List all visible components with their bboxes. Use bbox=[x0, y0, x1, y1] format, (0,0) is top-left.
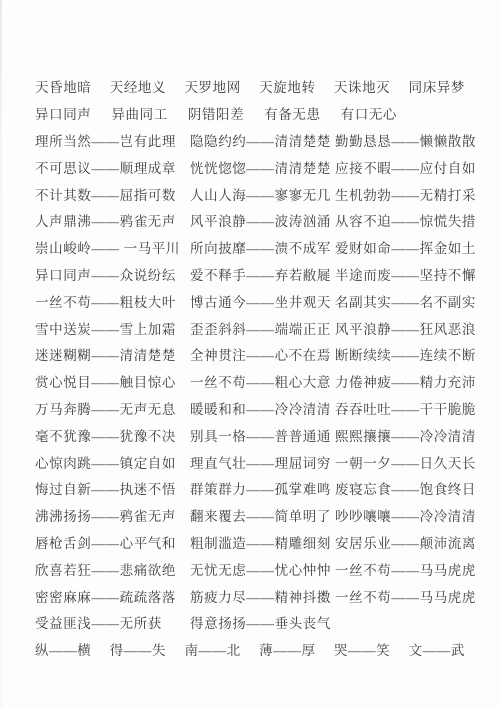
antonym-pair: 唇枪舌剑——心平气和 bbox=[35, 532, 190, 552]
antonym-pair: 吵吵嚷嚷——冷冷清清 bbox=[335, 505, 476, 525]
antonym-pair: 翻来覆去——简单明了 bbox=[190, 505, 335, 525]
idiom: 天经地义 bbox=[110, 76, 166, 96]
idiom-row-1: 天昏地暗 天经地义 天罗地网 天旋地转 天诛地灭 同床异梦 bbox=[35, 73, 465, 100]
antonym-pair: 不可思议——顺理成章 bbox=[35, 157, 190, 177]
antonym-pair: 一朝一夕——日久天长 bbox=[335, 452, 476, 472]
antonym-pair: 全神贯注——心不在焉 bbox=[190, 344, 335, 364]
antonym-pair: 熙熙攘攘——冷冷清清 bbox=[335, 425, 476, 445]
antonym-row: 沸沸扬扬——鸦雀无声 翻来覆去——简单明了 吵吵嚷嚷——冷冷清清 bbox=[35, 502, 465, 529]
antonym-pair: 半途而废——坚持不懈 bbox=[335, 264, 476, 284]
idiom: 异曲同工 bbox=[111, 103, 167, 123]
antonym-pair: 群策群力——孤掌难鸣 bbox=[190, 478, 335, 498]
antonym-pair: 安居乐业——颠沛流离 bbox=[335, 532, 476, 552]
antonym-pair: 吞吞吐吐——干干脆脆 bbox=[335, 398, 476, 418]
antonym-row: 受益匪浅——无所获 得意扬扬——垂头丧气 bbox=[35, 609, 465, 636]
antonym-pair: 理直气壮——理屈词穷 bbox=[190, 452, 335, 472]
idiom: 有口无心 bbox=[341, 103, 397, 123]
char-pair: 南——北 bbox=[184, 639, 240, 659]
antonym-row: 心惊肉跳——镇定自如 理直气壮——理屈词穷 一朝一夕——日久天长 bbox=[35, 448, 465, 475]
antonym-pair: 歪歪斜斜——端端正正 bbox=[190, 318, 335, 338]
antonym-row: 不可思议——顺理成章 恍恍惚惚——清清楚楚 应接不暇——应付自如 bbox=[35, 153, 465, 180]
antonym-row: 崇山峻岭—— 一马平川 所向披靡——溃不成军 爱财如命——挥金如土 bbox=[35, 234, 465, 261]
antonym-row: 密密麻麻——疏疏落落 筋疲力尽——精神抖擞 一丝不苟——马马虎虎 bbox=[35, 582, 465, 609]
antonym-pair: 人山人海——寥寥无几 bbox=[190, 184, 335, 204]
antonym-row: 理所当然——岂有此理 隐隐约约——清清楚楚 勤勤恳恳——懒懒散散 bbox=[35, 127, 465, 154]
antonym-pair: 悔过自新——执迷不悟 bbox=[35, 478, 190, 498]
antonym-row: 迷迷糊糊——清清楚楚 全神贯注——心不在焉 断断续续——连续不断 bbox=[35, 341, 465, 368]
antonym-pair: 欣喜若狂——悲痛欲绝 bbox=[35, 559, 190, 579]
antonym-row: 一丝不苟——粗枝大叶 博古通今——坐井观天 名副其实——名不副实 bbox=[35, 287, 465, 314]
antonym-row: 唇枪舌剑——心平气和 粗制滥造——精雕细刻 安居乐业——颠沛流离 bbox=[35, 529, 465, 556]
antonym-pair: 风平浪静——波涛汹涌 bbox=[190, 210, 335, 230]
char-pair: 纵——横 bbox=[35, 639, 91, 659]
scan-edge-artifact bbox=[0, 0, 2, 707]
antonym-pair: 应接不暇——应付自如 bbox=[335, 157, 476, 177]
antonym-pair: 心惊肉跳——镇定自如 bbox=[35, 452, 190, 472]
antonym-pair: 博古通今——坐井观天 bbox=[190, 291, 335, 311]
idiom: 异口同声 bbox=[35, 103, 91, 123]
antonym-pair: 密密麻麻——疏疏落落 bbox=[35, 586, 190, 606]
antonym-row: 不计其数——屈指可数 人山人海——寥寥无几 生机勃勃——无精打采 bbox=[35, 180, 465, 207]
idiom: 有备无患 bbox=[264, 103, 320, 123]
antonym-row: 毫不犹豫——犹豫不决 别具一格——普普通通 熙熙攘攘——冷冷清清 bbox=[35, 421, 465, 448]
antonym-pair: 名副其实——名不副实 bbox=[335, 291, 476, 311]
antonym-pair: 废寝忘食——饱食终日 bbox=[335, 478, 476, 498]
antonym-pair: 从容不迫——惊慌失措 bbox=[335, 210, 476, 230]
antonym-pair: 断断续续——连续不断 bbox=[335, 344, 476, 364]
antonym-pair: 爱财如命——挥金如土 bbox=[335, 237, 476, 257]
document-page: 天昏地暗 天经地义 天罗地网 天旋地转 天诛地灭 同床异梦 异口同声 异曲同工 … bbox=[0, 0, 500, 707]
antonym-pair: 风平浪静——狂风恶浪 bbox=[335, 318, 476, 338]
char-antonym-row: 纵——横 得——失 南——北 薄——厚 哭——笑 文——武 bbox=[35, 636, 465, 663]
idiom: 天旋地转 bbox=[259, 76, 315, 96]
antonym-pair: 不计其数——屈指可数 bbox=[35, 184, 190, 204]
antonym-pair: 暖暖和和——冷冷清清 bbox=[190, 398, 335, 418]
antonym-row: 雪中送炭——雪上加霜 歪歪斜斜——端端正正 风平浪静——狂风恶浪 bbox=[35, 314, 465, 341]
char-pair: 得——失 bbox=[110, 639, 166, 659]
antonym-pair: 所向披靡——溃不成军 bbox=[190, 237, 335, 257]
idiom-row-2: 异口同声 异曲同工 阴错阳差 有备无患 有口无心 bbox=[35, 100, 465, 127]
antonym-pair: 一丝不苟——粗枝大叶 bbox=[35, 291, 190, 311]
idiom: 天昏地暗 bbox=[35, 76, 91, 96]
antonym-pair: 无忧无虑——忧心忡忡 bbox=[190, 559, 335, 579]
antonym-row: 异口同声——众说纷纭 爱不释手——弃若敝屣 半途而废——坚持不懈 bbox=[35, 261, 465, 288]
antonym-pair: 力倦神疲——精力充沛 bbox=[335, 371, 476, 391]
antonym-pair: 迷迷糊糊——清清楚楚 bbox=[35, 344, 190, 364]
antonym-row: 万马奔腾——无声无息 暖暖和和——冷冷清清 吞吞吐吐——干干脆脆 bbox=[35, 395, 465, 422]
antonym-pair: 恍恍惚惚——清清楚楚 bbox=[190, 157, 335, 177]
antonym-pair: 得意扬扬——垂头丧气 bbox=[190, 612, 335, 632]
idiom: 天罗地网 bbox=[184, 76, 240, 96]
antonym-pair: 一丝不苟——粗心大意 bbox=[190, 371, 335, 391]
antonym-pair: 粗制滥造——精雕细刻 bbox=[190, 532, 335, 552]
char-pair: 薄——厚 bbox=[259, 639, 315, 659]
antonym-pair: 勤勤恳恳——懒懒散散 bbox=[335, 130, 476, 150]
antonym-pair: 筋疲力尽——精神抖擞 bbox=[190, 586, 335, 606]
char-pair: 哭——笑 bbox=[334, 639, 390, 659]
antonym-pair: 受益匪浅——无所获 bbox=[35, 612, 190, 632]
antonym-pair: 异口同声——众说纷纭 bbox=[35, 264, 190, 284]
antonym-pair: 一丝不苟——马马虎虎 bbox=[335, 586, 476, 606]
antonym-pair: 毫不犹豫——犹豫不决 bbox=[35, 425, 190, 445]
antonym-pair: 理所当然——岂有此理 bbox=[35, 130, 190, 150]
antonym-pair: 隐隐约约——清清楚楚 bbox=[190, 130, 335, 150]
antonym-pair: 沸沸扬扬——鸦雀无声 bbox=[35, 505, 190, 525]
antonym-pair: 赏心悦目——触目惊心 bbox=[35, 371, 190, 391]
idiom: 阴错阳差 bbox=[188, 103, 244, 123]
char-pair: 文——武 bbox=[409, 639, 465, 659]
antonym-row: 欣喜若狂——悲痛欲绝 无忧无虑——忧心忡忡 一丝不苟——马马虎虎 bbox=[35, 555, 465, 582]
antonym-row: 赏心悦目——触目惊心 一丝不苟——粗心大意 力倦神疲——精力充沛 bbox=[35, 368, 465, 395]
antonym-pair: 人声鼎沸——鸦雀无声 bbox=[35, 210, 190, 230]
antonym-pair: 爱不释手——弃若敝屣 bbox=[190, 264, 335, 284]
antonym-pair: 崇山峻岭—— 一马平川 bbox=[35, 237, 190, 257]
antonym-pair: 雪中送炭——雪上加霜 bbox=[35, 318, 190, 338]
idiom: 同床异梦 bbox=[409, 76, 465, 96]
antonym-pair: 别具一格——普普通通 bbox=[190, 425, 335, 445]
antonym-row: 人声鼎沸——鸦雀无声 风平浪静——波涛汹涌 从容不迫——惊慌失措 bbox=[35, 207, 465, 234]
antonym-pair: 万马奔腾——无声无息 bbox=[35, 398, 190, 418]
antonym-pair: 生机勃勃——无精打采 bbox=[335, 184, 476, 204]
antonym-pair: 一丝不苟——马马虎虎 bbox=[335, 559, 476, 579]
idiom: 天诛地灭 bbox=[334, 76, 390, 96]
antonym-row: 悔过自新——执迷不悟 群策群力——孤掌难鸣 废寝忘食——饱食终日 bbox=[35, 475, 465, 502]
